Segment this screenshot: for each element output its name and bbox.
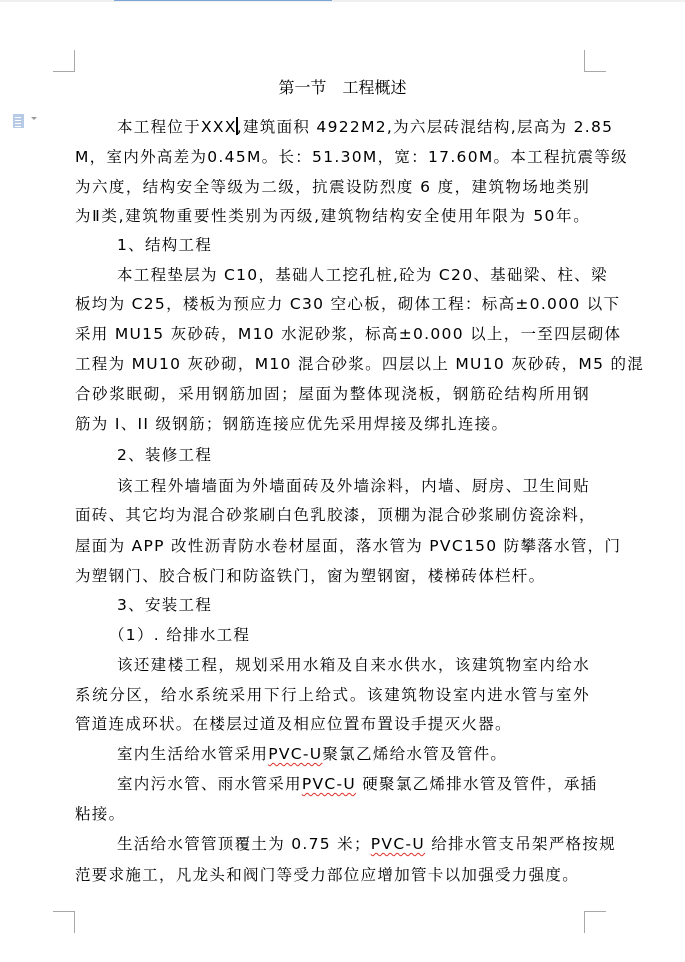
paragraph-line[interactable]: 粘接。 xyxy=(75,803,590,825)
section-heading-structure[interactable]: 1、结构工程 xyxy=(117,234,632,256)
chevron-down-icon[interactable] xyxy=(31,117,37,120)
text-run: 生活给水管管顶覆土为 0.75 米； xyxy=(117,835,371,853)
paragraph-line[interactable]: 管道连成环状。在楼层过道及相应位置布置设手提灭火器。 xyxy=(75,713,590,735)
section-heading-decoration[interactable]: 2、装修工程 xyxy=(117,444,632,466)
paragraph-format-icon[interactable] xyxy=(13,114,24,128)
paragraph-line[interactable]: 范要求施工，凡龙头和阀门等受力部位应增加管卡以加强受力强度。 xyxy=(75,864,590,886)
page-corner-mark-bottom-left xyxy=(53,911,75,933)
page-corner-mark-bottom-right xyxy=(584,911,606,933)
text-run: 硬聚氯乙烯排水管及管件，承插 xyxy=(356,775,597,793)
top-progress-bar xyxy=(114,0,332,1)
paragraph-line[interactable]: 面砖、其它均为混合砂浆刷白色乳胶漆，顶棚为混合砂浆刷仿瓷涂料， xyxy=(75,504,590,526)
paragraph-line[interactable]: 该工程外墙墙面为外墙面砖及外墙涂料，内墙、厨房、卫生间贴 xyxy=(117,475,590,497)
section-heading-installation[interactable]: 3、安装工程 xyxy=(117,594,632,616)
paragraph-line[interactable]: 系统分区，给水系统采用下行上给式。该建筑物设室内进水管与室外 xyxy=(75,684,590,706)
spellcheck-flagged-term[interactable]: PVC-U xyxy=(371,835,425,853)
paragraph-line[interactable]: 为塑钢门、胶合板门和防盗铁门，窗为塑钢窗，楼梯砖体栏杆。 xyxy=(75,565,590,587)
paragraph-line[interactable]: 筋为 I、II 级钢筋；钢筋连接应优先采用焊接及绑扎连接。 xyxy=(75,413,590,435)
subsection-heading-plumbing[interactable]: （1）. 给排水工程 xyxy=(109,624,624,646)
paragraph-line[interactable]: M，室内外高差为0.45M。长：51.30M，宽：17.60M。本工程抗震等级 xyxy=(75,146,590,168)
text-run: ,建筑面积 4922M2,为六层砖混结构,层高为 2.85 xyxy=(237,118,614,136)
paragraph-line[interactable]: 板均为 C25，楼板为预应力 C30 空心板，砌体工程：标高±0.000 以下 xyxy=(75,293,590,315)
page-corner-mark-top-right xyxy=(584,50,606,72)
text-run: 室内污水管、雨水管采用 xyxy=(117,775,302,793)
paragraph-line[interactable]: 为Ⅱ类,建筑物重要性类别为丙级,建筑物结构安全使用年限为 50年。 xyxy=(75,205,590,227)
paragraph-line[interactable]: 工程为 MU10 灰砂砌，M10 混合砂浆。四层以上 MU10 灰砂砖，M5 的… xyxy=(75,353,590,375)
paragraph-line[interactable]: 该还建楼工程，规划采用水箱及自来水供水，该建筑物室内给水 xyxy=(117,654,590,676)
paragraph-line[interactable]: 室内污水管、雨水管采用PVC-U 硬聚氯乙烯排水管及管件，承插 xyxy=(117,773,590,795)
spellcheck-flagged-term[interactable]: PVC-U xyxy=(268,745,322,763)
page-title: 第一节 工程概述 xyxy=(0,76,685,100)
paragraph-line[interactable]: 生活给水管管顶覆土为 0.75 米；PVC-U 给排水管支吊架严格按规 xyxy=(117,833,590,855)
top-progress-track xyxy=(0,0,685,2)
paragraph-line[interactable]: 采用 MU15 灰砂砖，M10 水泥砂浆，标高±0.000 以上，一至四层砌体 xyxy=(75,323,590,345)
paragraph-line[interactable]: 合砂浆眠砌，采用钢筋加固；屋面为整体现浇板，钢筋砼结构所用钢 xyxy=(75,383,590,405)
paragraph-line[interactable]: 本工程垫层为 C10，基础人工挖孔桩,砼为 C20、基础梁、柱、梁 xyxy=(117,264,590,286)
paragraph-line[interactable]: 为六度，结构安全等级为二级，抗震设防烈度 6 度，建筑物场地类别 xyxy=(75,176,590,198)
text-run: 聚氯乙烯给水管及管件。 xyxy=(322,745,507,763)
paragraph-line[interactable]: 室内生活给水管采用PVC-U聚氯乙烯给水管及管件。 xyxy=(117,743,590,765)
text-run: 室内生活给水管采用 xyxy=(117,745,268,763)
page-corner-mark-top-left xyxy=(53,50,75,72)
spellcheck-flagged-term[interactable]: PVC-U xyxy=(302,775,356,793)
text-run: 给排水管支吊架严格按规 xyxy=(425,835,616,853)
paragraph-line[interactable]: 屋面为 APP 改性沥青防水卷材屋面，落水管为 PVC150 防攀落水管，门 xyxy=(75,535,590,557)
text-run: 本工程位于XXX xyxy=(117,118,237,136)
paragraph-line[interactable]: 本工程位于XXX,建筑面积 4922M2,为六层砖混结构,层高为 2.85 xyxy=(117,116,590,138)
